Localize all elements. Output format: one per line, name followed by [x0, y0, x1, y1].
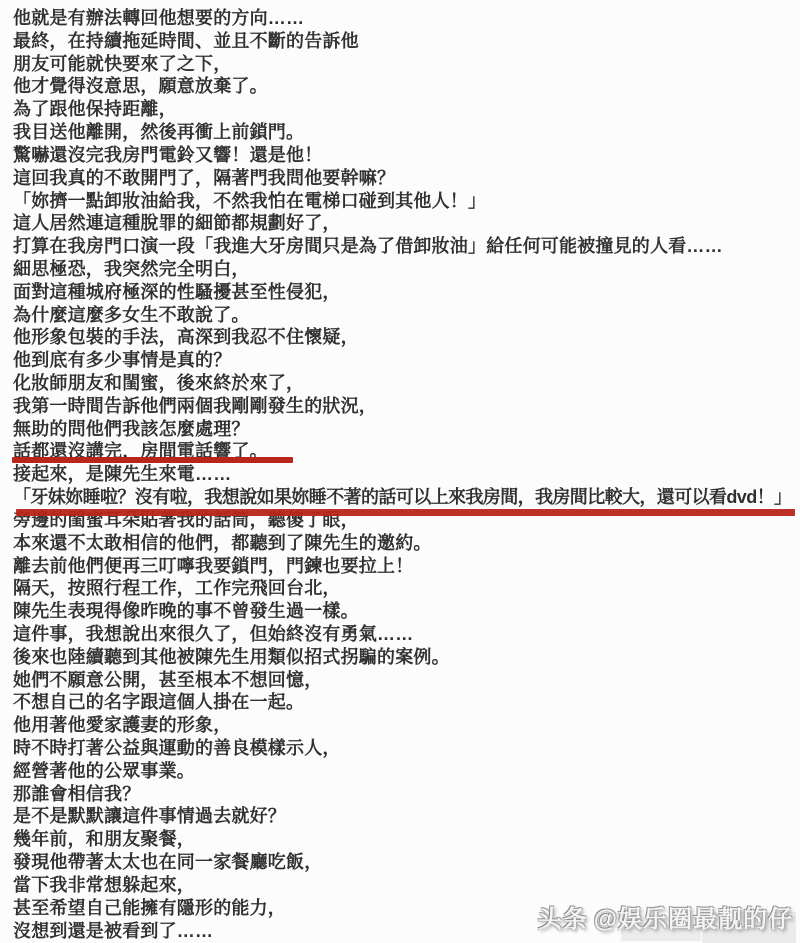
text-line: 經營著他的公眾事業。 — [13, 760, 800, 783]
text-line: 這件事，我想說出來很久了，但始終沒有勇氣…… — [13, 623, 800, 646]
text-line: 他就是有辦法轉回他想要的方向…… — [13, 7, 800, 30]
text-line: 他才覺得沒意思，願意放棄了。 — [13, 75, 800, 98]
text-line: 她們不願意公開，甚至根本不想回憶， — [13, 669, 800, 692]
article-text: 他就是有辦法轉回他想要的方向……最終，在持續拖延時間、並且不斷的告訴他朋友可能就… — [13, 7, 800, 942]
text-line: 接起來，是陳先生來電…… — [13, 463, 800, 486]
text-line: 這回我真的不敢開門了，隔著門我問他要幹嘛？ — [13, 167, 800, 190]
text-line: 他形象包裝的手法，高深到我忍不住懷疑， — [13, 326, 800, 349]
toutiao-watermark: 头条@娱乐圈最靓的仔 — [538, 899, 793, 934]
text-line: 後來也陸續聽到其他被陳先生用類似招式拐騙的案例。 — [13, 646, 800, 669]
text-line: 這人居然連這種脫罪的細節都規劃好了， — [13, 212, 800, 235]
text-line: 我目送他離開，然後再衝上前鎖門。 — [13, 121, 800, 144]
red-underline-1 — [12, 457, 293, 463]
text-line: 隔天，按照行程工作，工作完飛回台北， — [13, 577, 800, 600]
text-line: 「牙妹妳睡啦？沒有啦，我想說如果妳睡不著的話可以上來我房間，我房間比較大，還可以… — [13, 486, 800, 509]
text-line: 他到底有多少事情是真的？ — [13, 349, 800, 372]
text-line: 幾年前，和朋友聚餐， — [13, 828, 800, 851]
watermark-handle: @娱乐圈最靓的仔 — [594, 906, 793, 933]
text-line: 當下我非常想躲起來， — [13, 874, 800, 897]
watermark-brand: 头条 — [538, 906, 588, 933]
text-line: 「妳擠一點卸妝油給我，不然我怕在電梯口碰到其他人！」 — [13, 190, 800, 213]
text-line: 離去前他們便再三叮嚀我要鎖門，門鍊也要拉上！ — [13, 555, 800, 578]
text-line: 為什麼這麼多女生不敢說了。 — [13, 304, 800, 327]
text-line: 那誰會相信我？ — [13, 783, 800, 806]
text-line: 化妝師朋友和閨蜜，後來終於來了， — [13, 372, 800, 395]
text-line: 是不是默默讓這件事情過去就好？ — [13, 805, 800, 828]
text-line: 無助的問他們我該怎麼處理？ — [13, 418, 800, 441]
text-line: 面對這種城府極深的性騷擾甚至性侵犯， — [13, 281, 800, 304]
text-line: 本來還不太敢相信的他們，都聽到了陳先生的邀約。 — [13, 532, 800, 555]
text-line: 不想自己的名字跟這個人掛在一起。 — [13, 691, 800, 714]
text-line: 朋友可能就快要來了之下， — [13, 53, 800, 76]
text-line: 驚嚇還沒完我房門電鈴又響！還是他！ — [13, 144, 800, 167]
text-line: 我第一時間告訴他們兩個我剛剛發生的狀況， — [13, 395, 800, 418]
text-line: 時不時打著公益與運動的善良模樣示人， — [13, 737, 800, 760]
text-line: 為了跟他保持距離， — [13, 98, 800, 121]
text-line: 他用著他愛家護妻的形象， — [13, 714, 800, 737]
article-screenshot: 他就是有辦法轉回他想要的方向……最終，在持續拖延時間、並且不斷的告訴他朋友可能就… — [0, 0, 800, 943]
text-line: 打算在我房門口演一段「我進大牙房間只是為了借卸妝油」給任何可能被撞見的人看…… — [13, 235, 800, 258]
red-underline-2 — [16, 509, 795, 516]
text-line: 最終，在持續拖延時間、並且不斷的告訴他 — [13, 30, 800, 53]
text-line: 陳先生表現得像昨晚的事不曾發生過一樣。 — [13, 600, 800, 623]
text-line: 細思極恐，我突然完全明白， — [13, 258, 800, 281]
text-line: 發現他帶著太太也在同一家餐廳吃飯， — [13, 851, 800, 874]
